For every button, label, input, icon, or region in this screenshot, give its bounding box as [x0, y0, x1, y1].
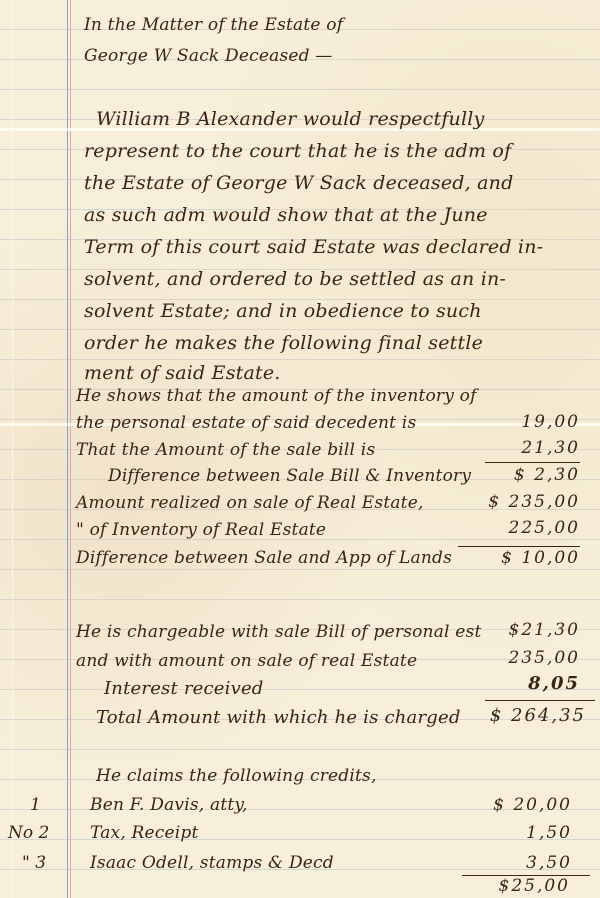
- statement-line: the personal estate of said decedent is: [76, 413, 416, 433]
- statement-line: That the Amount of the sale bill is: [76, 440, 375, 460]
- margin-line-pink: [70, 0, 71, 898]
- statement-amount: 19,00: [521, 412, 580, 432]
- charge-line: He is chargeable with sale Bill of perso…: [76, 622, 482, 642]
- credit-number: " 3: [22, 853, 46, 873]
- credit-amount: 3,50: [526, 853, 572, 873]
- credit-number: 1: [30, 795, 41, 815]
- body-line: solvent Estate; and in obedience to such: [84, 300, 482, 322]
- charge-amount: 8,05: [528, 673, 580, 694]
- credits-heading: He claims the following credits,: [96, 766, 377, 786]
- body-line: order he makes the following final settl…: [84, 332, 483, 354]
- subtotal-rule: [485, 462, 580, 463]
- credit-line: Isaac Odell, stamps & Decd: [90, 853, 334, 873]
- charge-total-line: Total Amount with which he is charged: [96, 707, 461, 728]
- statement-amount: 21,30: [521, 438, 580, 458]
- statement-amount: 225,00: [509, 518, 580, 538]
- heading-line-1: In the Matter of the Estate of: [84, 15, 343, 35]
- body-line: ment of said Estate.: [84, 362, 281, 384]
- statement-amount: $ 235,00: [488, 492, 580, 512]
- statement-line: Amount realized on sale of Real Estate,: [76, 493, 424, 513]
- credit-line: Ben F. Davis, atty,: [90, 795, 248, 815]
- total-rule: [485, 700, 595, 701]
- margin-line-blue: [67, 0, 68, 898]
- statement-amount: $ 2,30: [514, 465, 580, 485]
- body-line: Term of this court said Estate was decla…: [84, 236, 543, 258]
- heading-line-2: George W Sack Deceased —: [84, 46, 333, 66]
- body-line: as such adm would show that at the June: [84, 204, 488, 226]
- statement-line: Difference between Sale and App of Lands: [76, 548, 452, 568]
- subtotal-rule: [458, 546, 580, 547]
- credit-line: Tax, Receipt: [90, 823, 199, 843]
- body-line: the Estate of George W Sack deceased, an…: [84, 172, 513, 194]
- statement-line: " of Inventory of Real Estate: [76, 520, 326, 540]
- charge-line: and with amount on sale of real Estate: [76, 651, 417, 671]
- charge-amount: $21,30: [509, 620, 580, 640]
- statement-line: Difference between Sale Bill & Inventory: [108, 466, 471, 486]
- body-line: represent to the court that he is the ad…: [84, 140, 511, 162]
- statement-line: He shows that the amount of the inventor…: [76, 386, 477, 406]
- charge-amount: 235,00: [509, 648, 580, 668]
- body-line: solvent, and ordered to be settled as an…: [84, 268, 506, 290]
- charge-total-amount: $ 264,35: [490, 705, 586, 726]
- credits-total-amount: $25,00: [499, 876, 570, 896]
- credit-number: No 2: [8, 823, 49, 843]
- paper-edge-line: [12, 0, 13, 898]
- charge-line: Interest received: [104, 678, 264, 699]
- body-line: William B Alexander would respectfully: [96, 108, 484, 130]
- statement-amount: $ 10,00: [501, 548, 580, 568]
- credit-amount: 1,50: [526, 823, 572, 843]
- credit-amount: $ 20,00: [493, 795, 572, 815]
